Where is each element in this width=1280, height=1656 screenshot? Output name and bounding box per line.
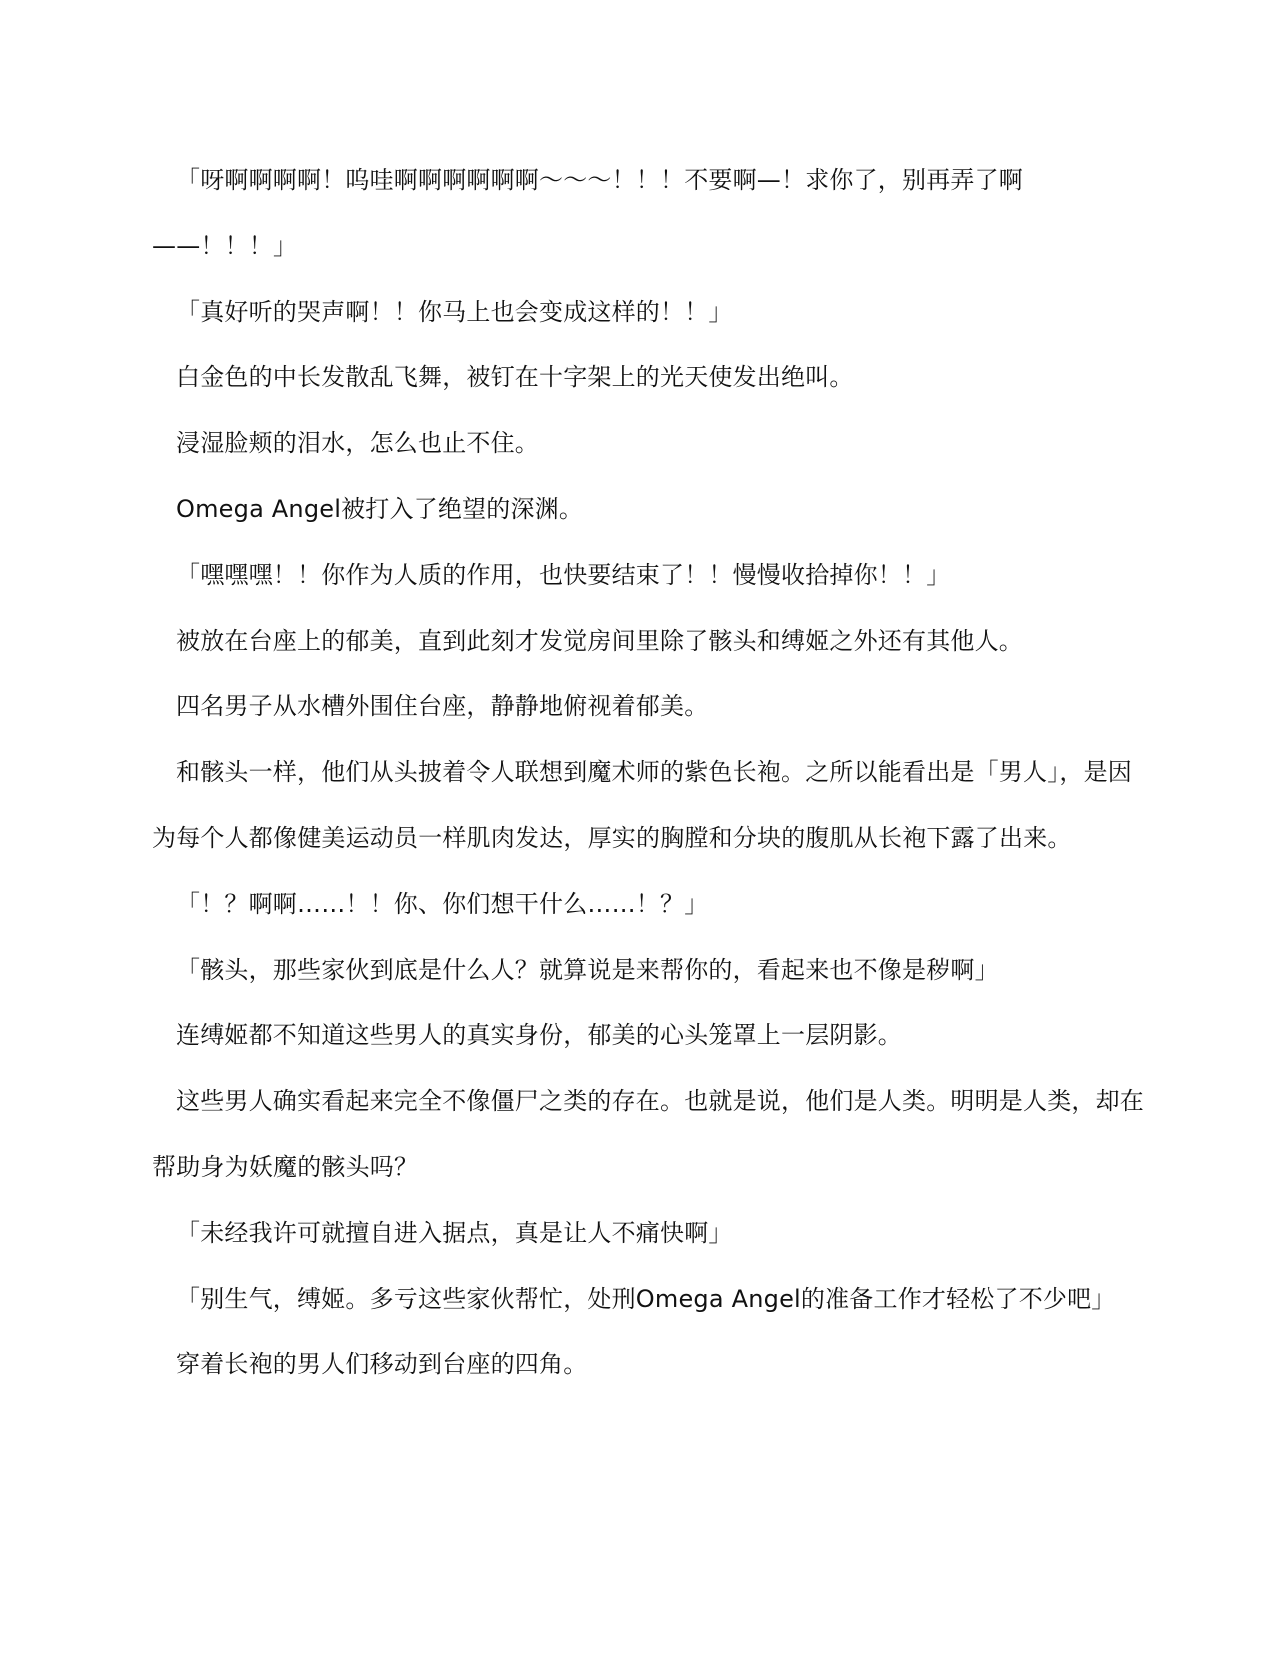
paragraph-scream: 「呀啊啊啊啊！呜哇啊啊啊啊啊啊～～～！！！不要啊—！求你了，别再弄了啊——！！！… [152, 148, 1152, 280]
paragraph-narration-tears: 浸湿脸颊的泪水，怎么也止不住。 [152, 411, 1152, 477]
document-page: 「呀啊啊啊啊！呜哇啊啊啊啊啊啊～～～！！！不要啊—！求你了，别再弄了啊——！！！… [152, 148, 1152, 1398]
paragraph-narration-robes: 和骸头一样，他们从头披着令人联想到魔术师的紫色长袍。之所以能看出是「男人」，是因… [152, 740, 1152, 872]
paragraph-dialogue-hostage: 「嘿嘿嘿！！你作为人质的作用，也快要结束了！！慢慢收拾掉你！！」 [152, 543, 1152, 609]
paragraph-narration-humans: 这些男人确实看起来完全不像僵尸之类的存在。也就是说，他们是人类。明明是人类，却在… [152, 1069, 1152, 1201]
paragraph-dialogue-what: 「！？啊啊……！！你、你们想干什么……！？」 [152, 872, 1152, 938]
paragraph-narration-despair: Omega Angel被打入了绝望的深渊。 [152, 477, 1152, 543]
paragraph-narration-corners: 穿着长袍的男人们移动到台座的四角。 [152, 1332, 1152, 1398]
paragraph-dialogue-permission: 「未经我许可就擅自进入据点，真是让人不痛快啊」 [152, 1201, 1152, 1267]
paragraph-narration-others: 被放在台座上的郁美，直到此刻才发觉房间里除了骸头和缚姬之外还有其他人。 [152, 609, 1152, 675]
paragraph-narration-angel: 白金色的中长发散乱飞舞，被钉在十字架上的光天使发出绝叫。 [152, 345, 1152, 411]
paragraph-dialogue-who: 「骸头，那些家伙到底是什么人？就算说是来帮你的，看起来也不像是秽啊」 [152, 938, 1152, 1004]
paragraph-dialogue-cry: 「真好听的哭声啊！！你马上也会变成这样的！！」 [152, 280, 1152, 346]
paragraph-dialogue-preparation: 「别生气，缚姬。多亏这些家伙帮忙，处刑Omega Angel的准备工作才轻松了不… [152, 1267, 1152, 1333]
paragraph-narration-four-men: 四名男子从水槽外围住台座，静静地俯视着郁美。 [152, 674, 1152, 740]
paragraph-narration-shadow: 连缚姬都不知道这些男人的真实身份，郁美的心头笼罩上一层阴影。 [152, 1003, 1152, 1069]
